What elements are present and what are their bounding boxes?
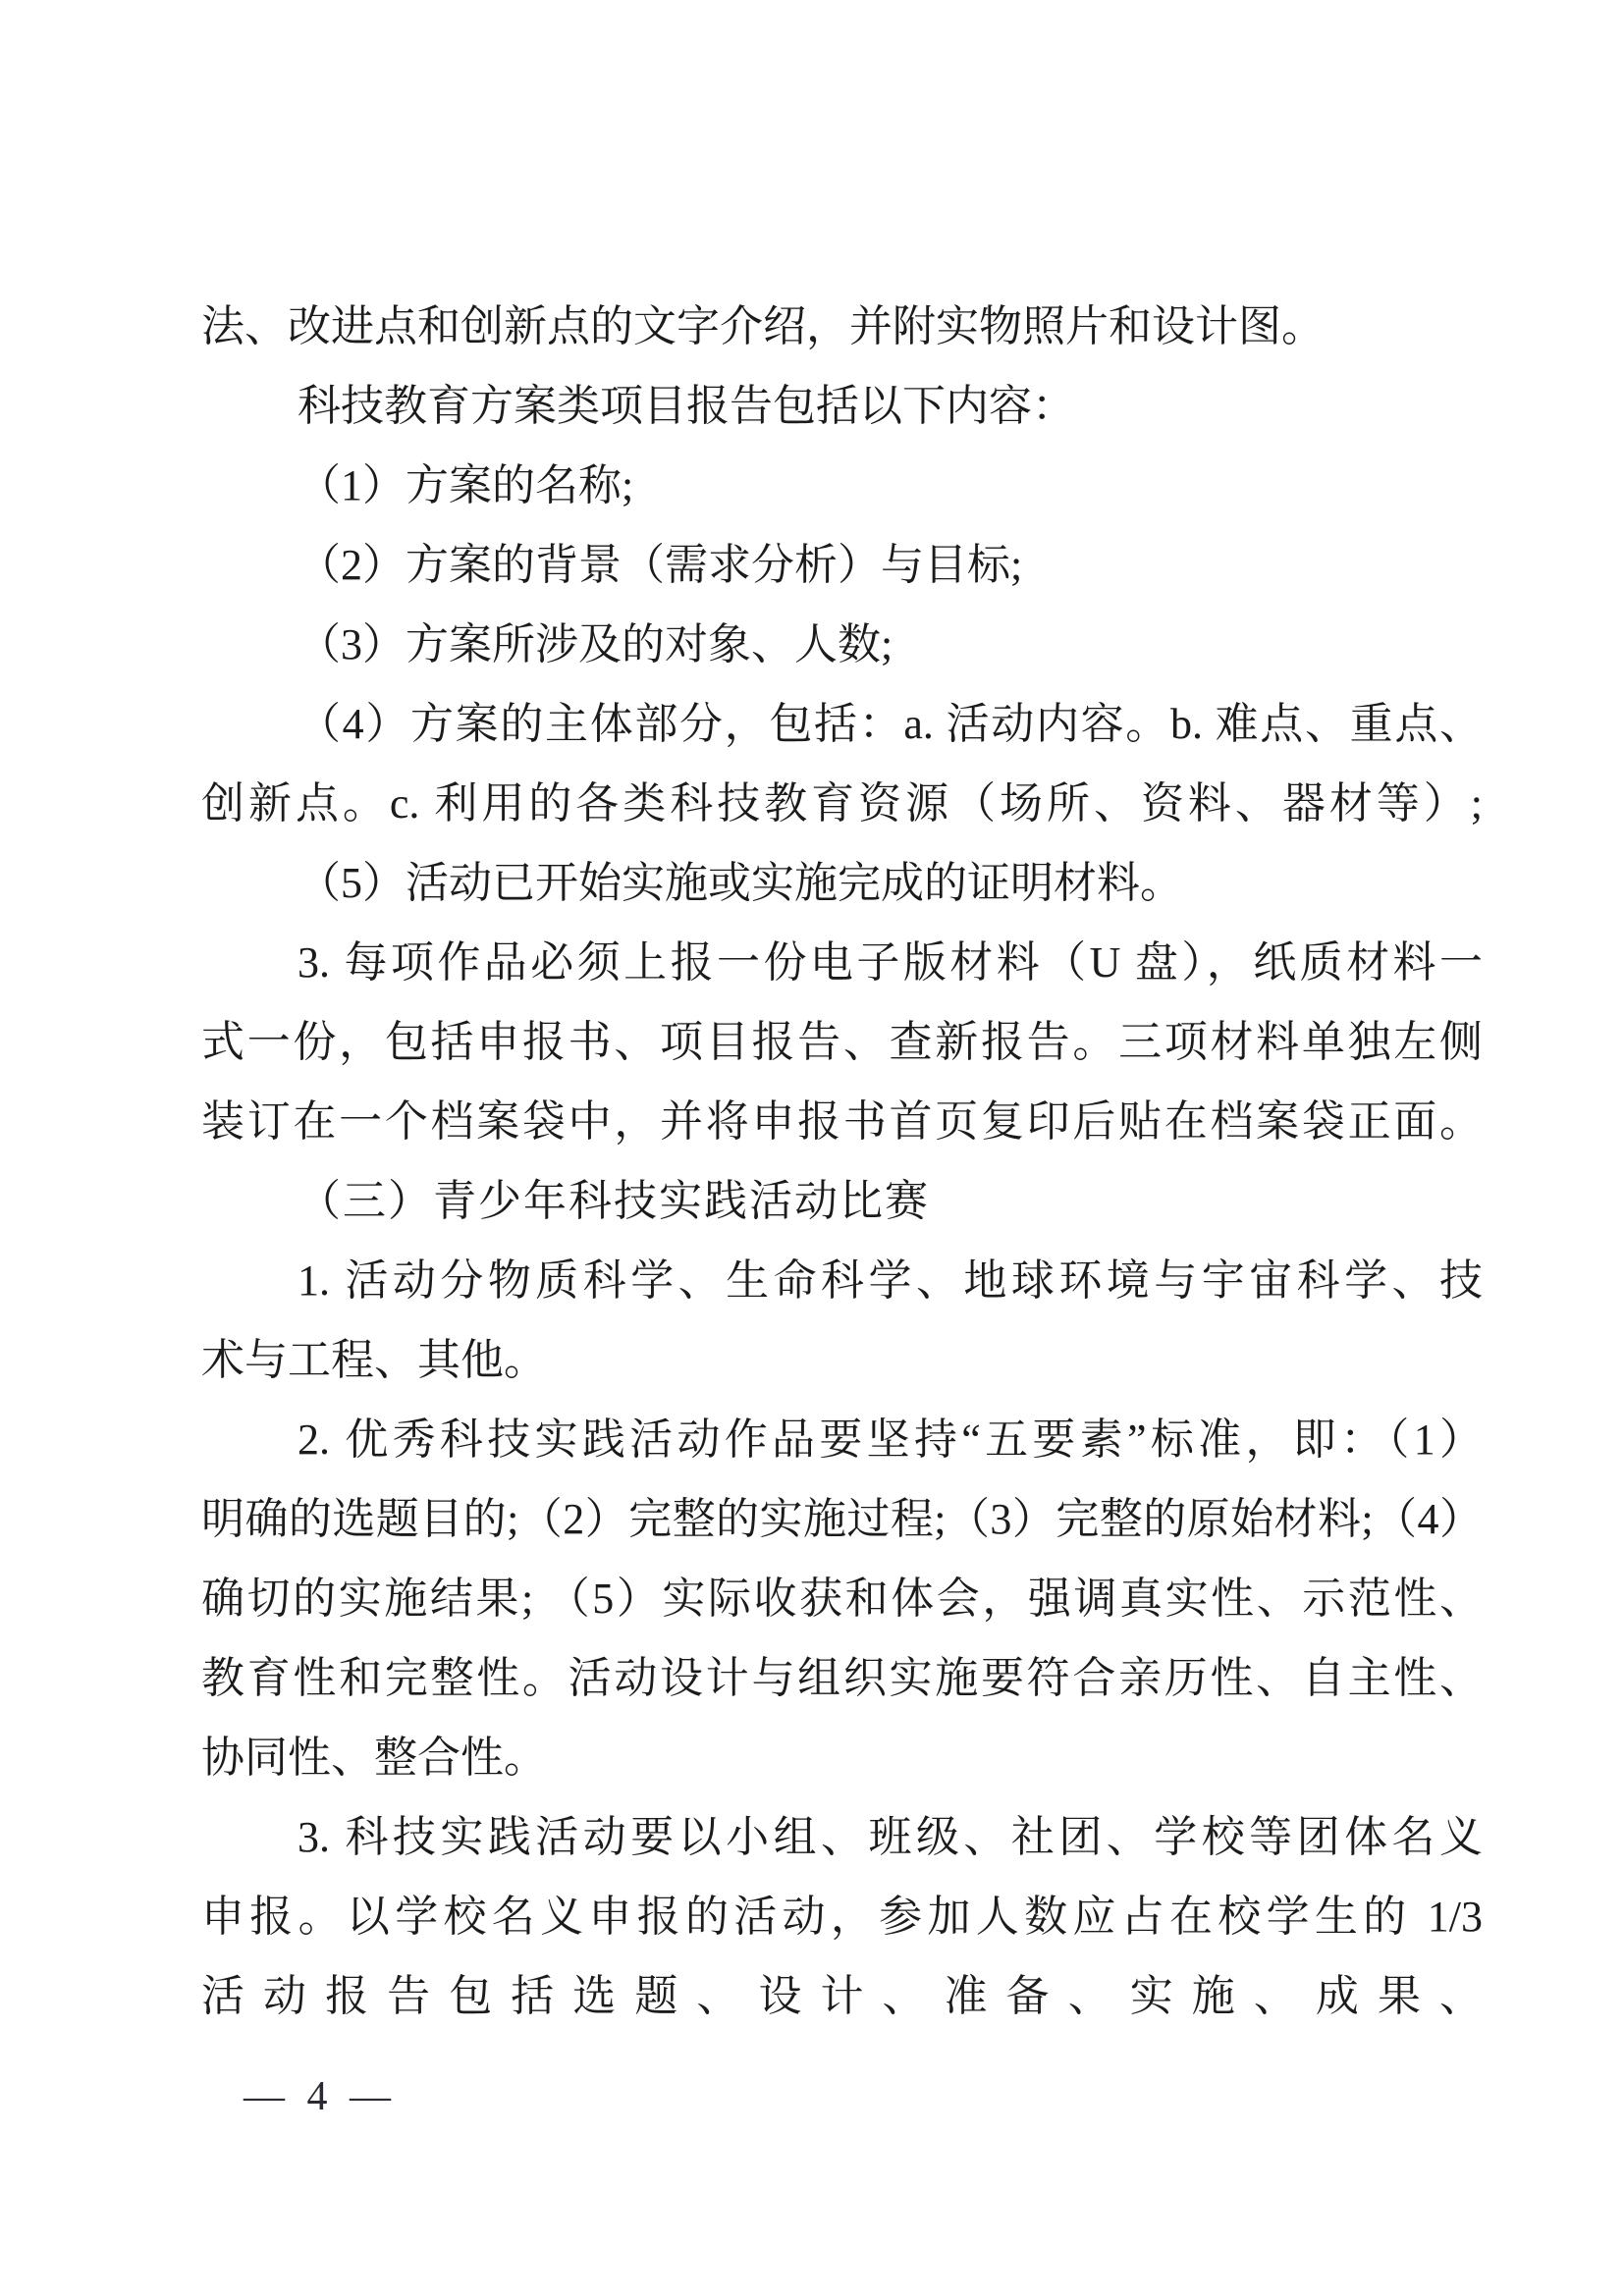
text-line: 教育性和完整性。活动设计与组织实施要符合亲历性、自主性、	[201, 1638, 1483, 1718]
list-item-line: （1）方案的名称;	[201, 446, 1483, 525]
text-line: 法、改进点和创新点的文字介绍，并附实物照片和设计图。	[201, 287, 1483, 366]
list-item-line: （5）活动已开始实施或实施完成的证明材料。	[201, 843, 1483, 923]
text-line: 装订在一个档案袋中，并将申报书首页复印后贴在档案袋正面。	[201, 1082, 1483, 1161]
text-line: 创新点。c. 利用的各类科技教育资源（场所、资料、器材等）;	[201, 764, 1483, 843]
text-line: 术与工程、其他。	[201, 1320, 1483, 1400]
document-body: 法、改进点和创新点的文字介绍，并附实物照片和设计图。 科技教育方案类项目报告包括…	[201, 287, 1483, 2036]
text-line: 确切的实施结果; （5）实际收获和体会，强调真实性、示范性、	[201, 1559, 1483, 1638]
page-number: — 4 —	[244, 2067, 397, 2126]
list-item-line: （3）方案所涉及的对象、人数;	[201, 605, 1483, 684]
text-line: 活动报告包括选题、设计、准备、实施、成果、总结反思或建议等，	[201, 1956, 1483, 2036]
list-item-line: （4）方案的主体部分，包括：a. 活动内容。b. 难点、重点、	[201, 684, 1483, 764]
text-line: 式一份，包括申报书、项目报告、查新报告。三项材料单独左侧	[201, 1002, 1483, 1082]
text-line: 科技教育方案类项目报告包括以下内容：	[201, 366, 1483, 446]
text-line: 1. 活动分物质科学、生命科学、地球环境与宇宙科学、技	[201, 1241, 1483, 1320]
text-line: 3. 每项作品必须上报一份电子版材料（U 盘），纸质材料一	[201, 923, 1483, 1002]
text-line: 申报。以学校名义申报的活动，参加人数应占在校学生的 1/3 以上。	[201, 1877, 1483, 1956]
text-line: 明确的选题目的;（2）完整的实施过程;（3）完整的原始材料;（4）	[201, 1479, 1483, 1559]
text-line: 2. 优秀科技实践活动作品要坚持“五要素”标准，即：（1）	[201, 1400, 1483, 1479]
document-page: 法、改进点和创新点的文字介绍，并附实物照片和设计图。 科技教育方案类项目报告包括…	[0, 0, 1624, 2296]
text-line: 协同性、整合性。	[201, 1718, 1483, 1797]
text-line: 3. 科技实践活动要以小组、班级、社团、学校等团体名义	[201, 1797, 1483, 1877]
list-item-line: （2）方案的背景（需求分析）与目标;	[201, 525, 1483, 605]
section-heading: （三）青少年科技实践活动比赛	[201, 1161, 1483, 1241]
